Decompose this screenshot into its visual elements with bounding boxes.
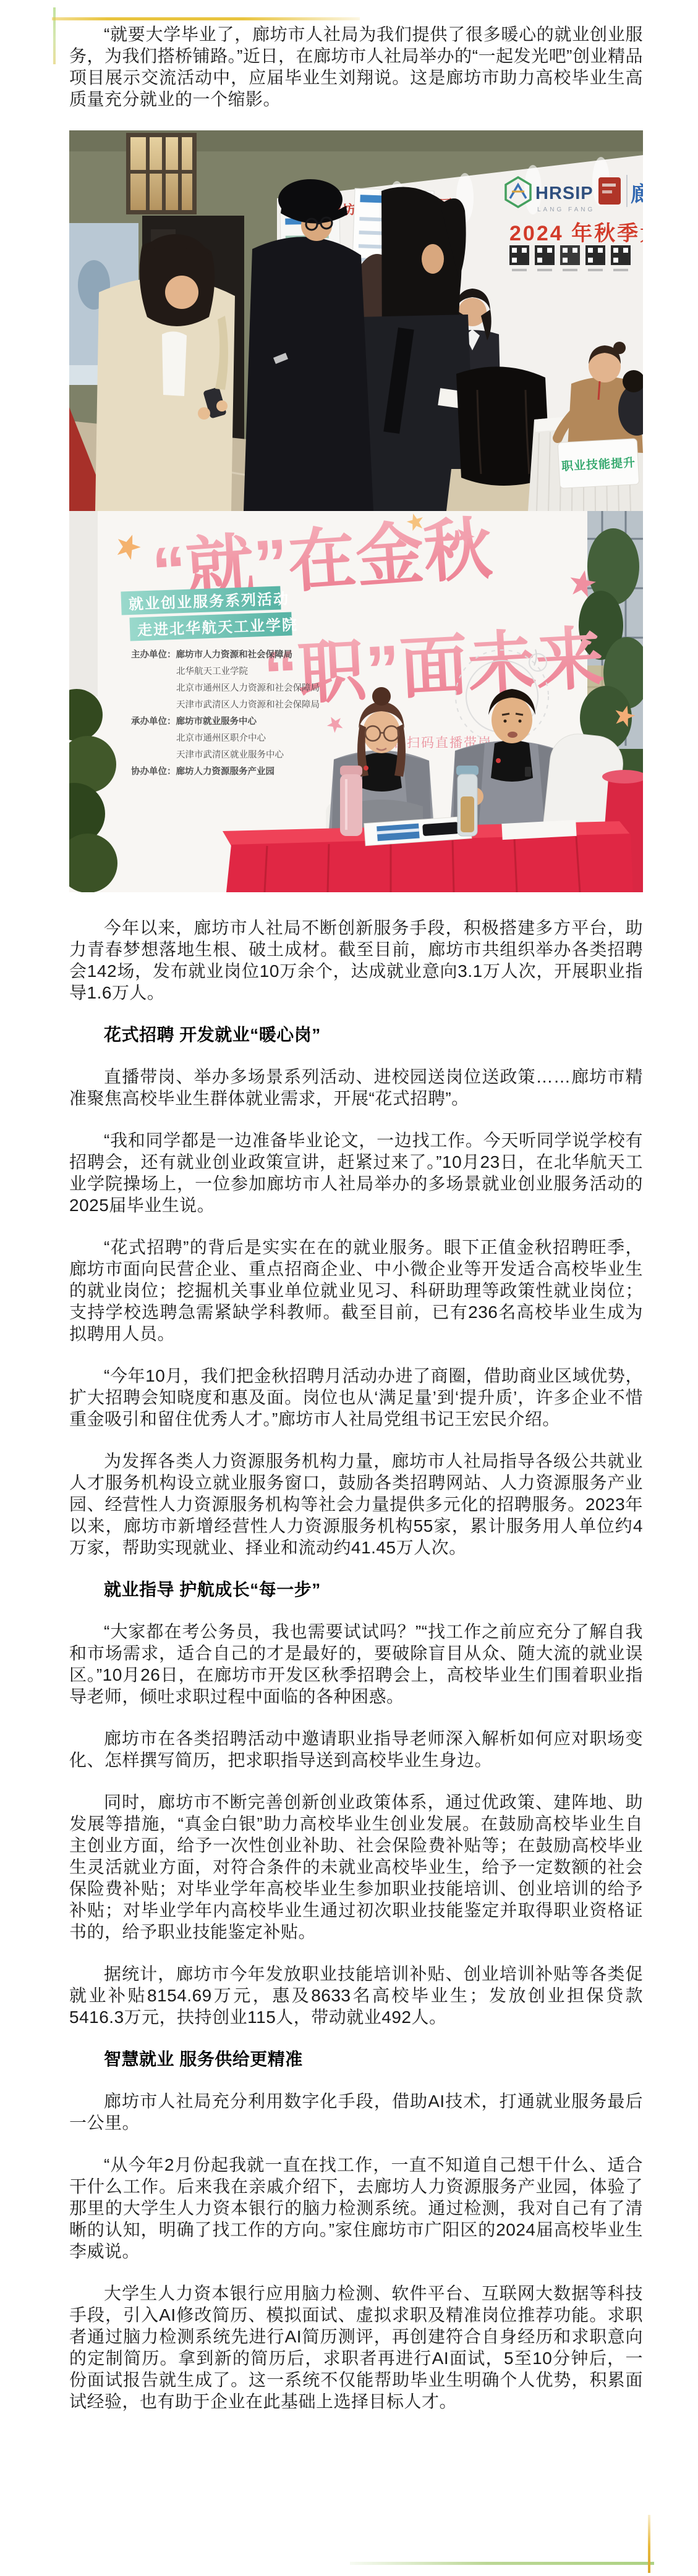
decoration-top-vertical-line: [53, 7, 56, 64]
decoration-bottom-vertical-line: [648, 2515, 650, 2573]
body-paragraph: “就要大学毕业了，廊坊市人社局为我们提供了很多暖心的就业创业服务，为我们搭桥铺路…: [69, 23, 643, 110]
decoration-bottom-horizontal-line: [350, 2562, 654, 2565]
body-paragraph: 为发挥各类人力资源服务机构力量，廊坊市人社局指导各级公共就业人才服务机构设立就业…: [69, 1450, 643, 1558]
pink-thermos: [340, 766, 362, 836]
body-paragraph: “今年10月，我们把金秋招聘月活动办进了商圈，借助商业区域优势，扩大招聘会知晓度…: [69, 1365, 643, 1430]
body-paragraph: 同时，廊坊市不断完善创新创业政策体系，通过优政策、建阵地、助发展等措施，“真金白…: [69, 1791, 643, 1943]
body-paragraph: 直播带岗、举办多场景系列活动、进校园送岗位送政策……廊坊市精准聚焦高校毕业生群体…: [69, 1066, 643, 1109]
decoration-top-horizontal-line: [52, 17, 360, 20]
table-sign: 职业技能提升: [558, 439, 639, 489]
body-paragraph: 廊坊市人社局充分利用数字化手段，借助AI技术，打通就业服务最后一公里。: [69, 2090, 643, 2134]
organizer-line: 北京市通州区人力资源和社会保障局: [176, 683, 320, 693]
organizer-line: 北华航天工业学院: [176, 666, 248, 677]
photo-outdoor-interview-illustration: “就”在金秋 “职”面未来 就业创业服务系列活动 走进北华航天工业学院: [69, 511, 643, 892]
photo-outdoor-interview: “就”在金秋 “职”面未来 就业创业服务系列活动 走进北华航天工业学院: [69, 511, 643, 892]
organizer-line: 北京市通州区职介中心: [176, 733, 266, 743]
body-paragraph: “大家都在考公务员，我也需要试试吗？”“找工作之前应充分了解自我和市场需求，适合…: [69, 1621, 643, 1707]
body-paragraph: 据统计，廊坊市今年发放职业技能培训补贴、创业培训补贴等各类促就业补贴8154.6…: [69, 1963, 643, 2028]
body-paragraph: 大学生人力资本银行应用脑力检测、软件平台、互联网大数据等科技手段，引入AI修改简…: [69, 2283, 643, 2412]
body-paragraph: 廊坊市在各类招聘活动中邀请职业指导老师深入解析如何应对职场变化、怎样撰写简历，把…: [69, 1728, 643, 1771]
organizer-line: 主办单位：廊坊市人力资源和社会保障局: [131, 649, 292, 660]
page-body: { "page": { "background": "#ffffff", "de…: [0, 0, 698, 2576]
section-heading-smart-employment: 智慧就业 服务供给更精准: [69, 2048, 643, 2070]
photo-job-fair: 廊坊经济技术开发区 公益人才交流会 HRSIP LANG FANG 廊坊 20: [69, 130, 643, 511]
organizer-line: 协办单位：廊坊人力资源服务产业园: [131, 766, 275, 777]
tea-bottle: [456, 766, 479, 836]
hrsip-logo-subtext: LANG FANG: [537, 206, 595, 213]
hrsip-logo-text: HRSIP: [535, 184, 594, 203]
article-body: “就要大学毕业了，廊坊市人社局为我们提供了很多暖心的就业创业服务，为我们搭桥铺路…: [69, 23, 643, 2433]
logo-city-text: 廊坊: [631, 182, 643, 206]
window: [126, 133, 197, 214]
section-heading-guidance: 就业指导 护航成长“每一步”: [69, 1579, 643, 1600]
body-paragraph: “花式招聘”的背后是实实在在的就业服务。眼下正值金秋招聘旺季，廊坊市面向民营企业…: [69, 1236, 643, 1345]
section-heading-recruitment: 花式招聘 开发就业“暖心岗”: [69, 1024, 643, 1045]
organizer-line: 承办单位：廊坊市就业服务中心: [131, 716, 257, 727]
backdrop-headline: 2024 年秋季大型: [509, 221, 643, 245]
body-paragraph: “我和同学都是一边准备毕业论文，一边找工作。今天听同学说学校有招聘会，还有就业创…: [69, 1130, 643, 1216]
photo-job-fair-illustration: 廊坊经济技术开发区 公益人才交流会 HRSIP LANG FANG 廊坊 20: [69, 130, 643, 511]
organizer-line: 天津市武清区就业服务中心: [176, 750, 284, 760]
body-paragraph: 今年以来，廊坊市人社局不断创新服务手段，积极搭建多方平台，助力青春梦想落地生根、…: [69, 917, 643, 1003]
body-paragraph: “从今年2月份起我就一直在找工作，一直不知道自己想干什么、适合干什么工作。后来我…: [69, 2154, 643, 2262]
organizer-line: 天津市武清区人力资源和社会保障局: [176, 699, 320, 710]
